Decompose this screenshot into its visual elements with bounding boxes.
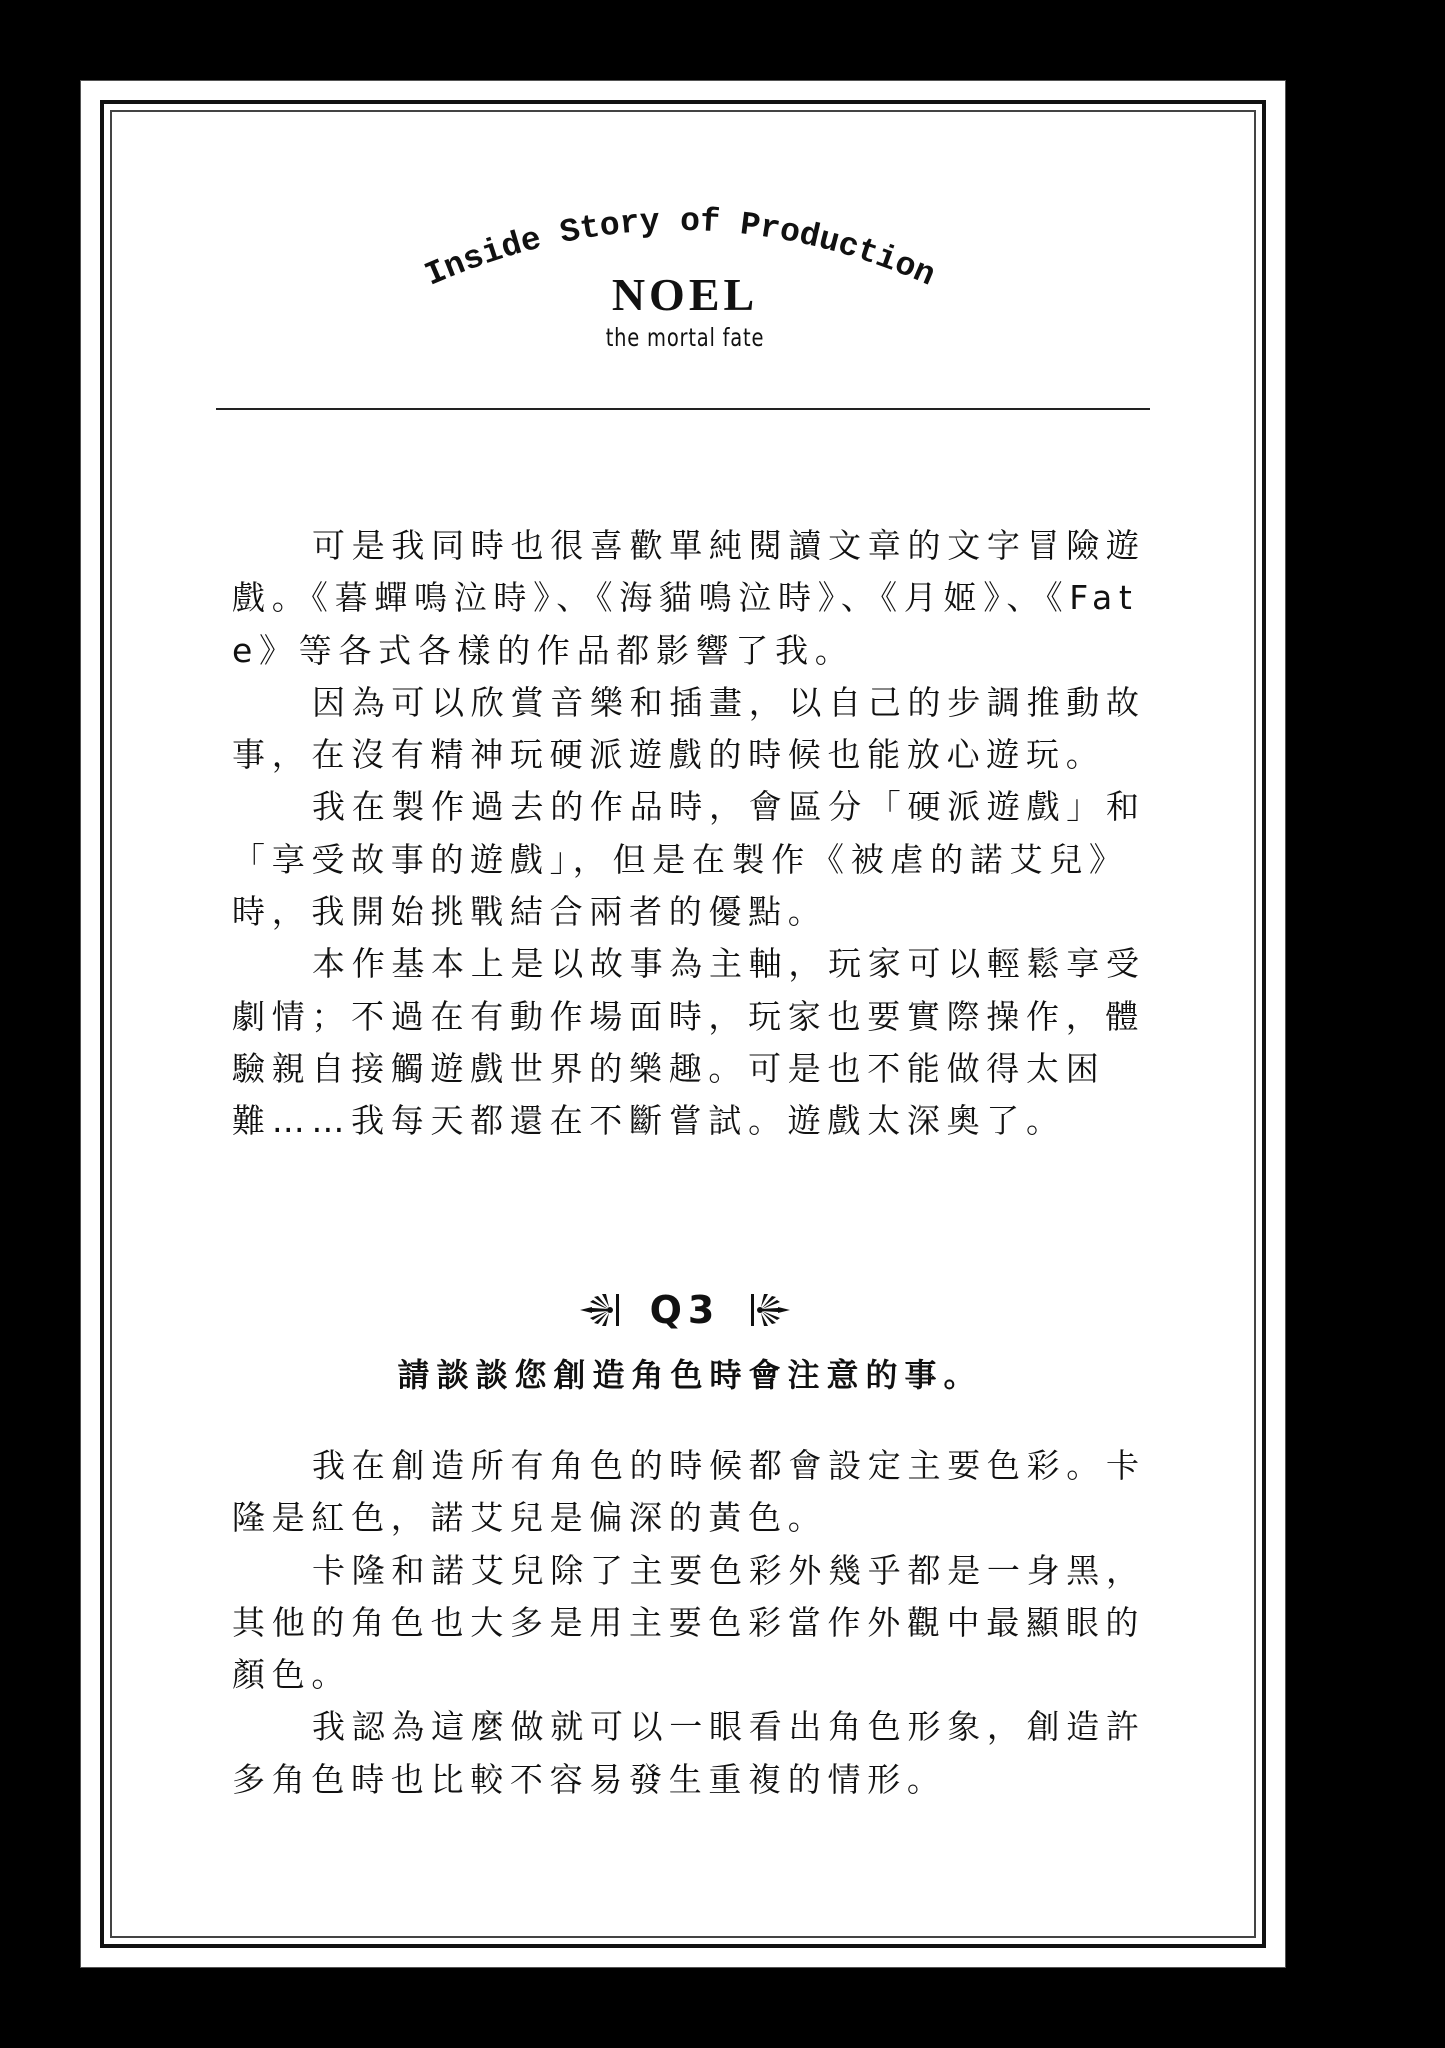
book-subtitle: the mortal fate [572,322,798,354]
fan-ornament-right-icon [750,1293,790,1327]
header-divider [216,408,1150,410]
paragraph: 我在創造所有角色的時候都會設定主要色彩。卡隆是紅色，諾艾兒是偏深的黃色。 [232,1440,1162,1545]
fan-ornament-left-icon [580,1293,620,1327]
paragraph: 因為可以欣賞音樂和插畫，以自己的步調推動故事，在沒有精神玩硬派遊戲的時候也能放心… [232,677,1162,782]
book-title: NOEL [540,270,830,320]
paragraph: 我認為這麼做就可以一眼看出角色形象，創造許多角色時也比較不容易發生重複的情形。 [232,1701,1162,1806]
paragraph: 可是我同時也很喜歡單純閱讀文章的文字冒險遊戲。《暮蟬鳴泣時》、《海貓鳴泣時》、《… [232,520,1162,677]
section1-body: 可是我同時也很喜歡單純閱讀文章的文字冒險遊戲。《暮蟬鳴泣時》、《海貓鳴泣時》、《… [232,520,1162,1148]
paragraph: 卡隆和諾艾兒除了主要色彩外幾乎都是一身黑，其他的角色也大多是用主要色彩當作外觀中… [232,1545,1162,1702]
question-text: 請談談您創造角色時會注意的事。 [330,1350,1050,1400]
q3-answer-body: 我在創造所有角色的時候都會設定主要色彩。卡隆是紅色，諾艾兒是偏深的黃色。 卡隆和… [232,1440,1162,1806]
paragraph: 我在製作過去的作品時，會區分「硬派遊戲」和「享受故事的遊戲」，但是在製作《被虐的… [232,781,1162,938]
q3-heading: Q3 [580,1288,790,1332]
paragraph: 本作基本上是以故事為主軸，玩家可以輕鬆享受劇情；不過在有動作場面時，玩家也要實際… [232,938,1162,1147]
question-number: Q3 [650,1288,721,1332]
